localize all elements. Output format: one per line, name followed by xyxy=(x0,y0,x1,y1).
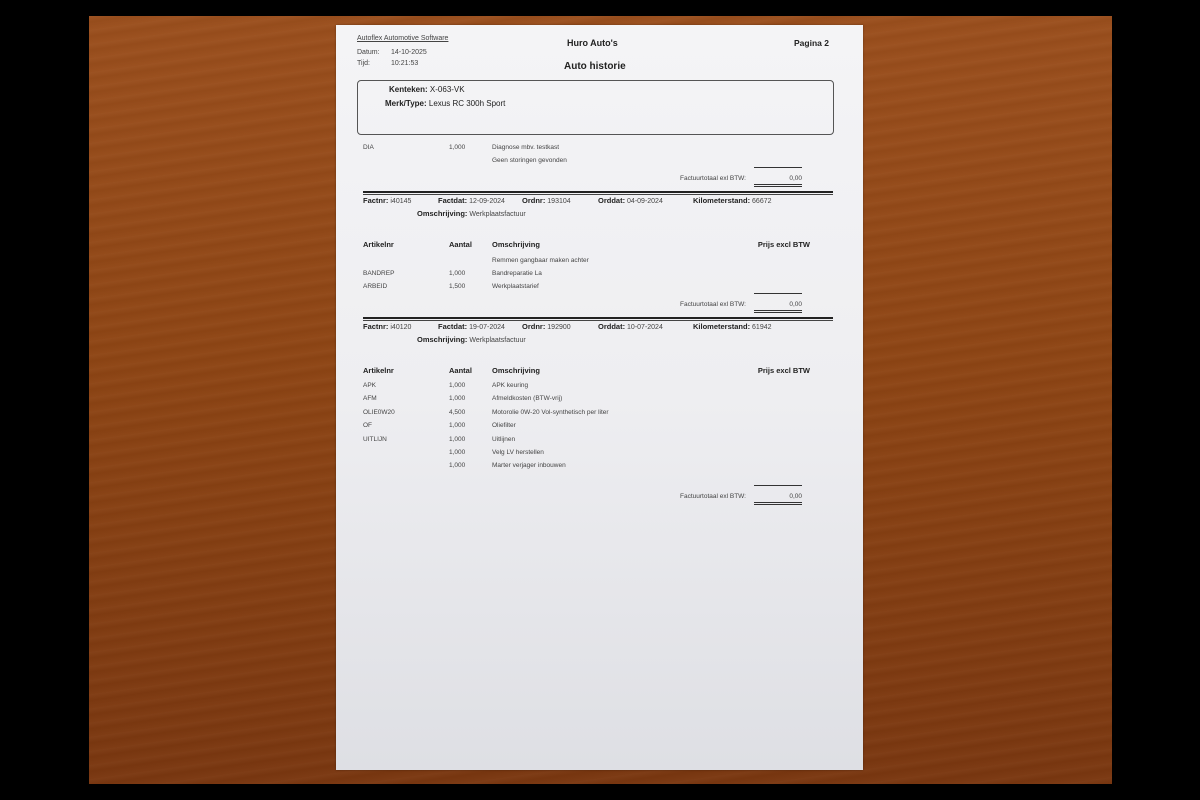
line-aantal: 1,500 xyxy=(449,283,465,290)
total-top-rule xyxy=(754,485,802,486)
invoice-factnr-label: Factnr: xyxy=(363,196,388,205)
invoice-ordnr: Ordnr: 192900 xyxy=(522,322,571,331)
invoice-ordnr-value: 192900 xyxy=(545,324,570,331)
invoice-factdat-label: Factdat: xyxy=(438,322,467,331)
software-name: Autoflex Automotive Software xyxy=(357,35,448,42)
invoice-total-label: Factuurtotaal exl BTW: xyxy=(680,301,746,308)
total-double-rule-1 xyxy=(754,502,802,503)
company-name: Huro Auto's xyxy=(567,38,618,48)
invoice-factnr: Factnr: i40145 xyxy=(363,196,411,205)
column-header-omschrijving: Omschrijving xyxy=(492,366,540,375)
time-value: 10:21:53 xyxy=(391,60,418,67)
total-double-rule-2 xyxy=(754,186,802,187)
invoice-orddat-value: 10-07-2024 xyxy=(625,324,663,331)
invoice-factdat-value: 19-07-2024 xyxy=(467,324,505,331)
invoice-orddat-value: 04-09-2024 xyxy=(625,198,663,205)
invoice-factdat: Factdat: 19-07-2024 xyxy=(438,322,505,331)
line-omschrijving: Afmeldkosten (BTW-vrij) xyxy=(492,395,562,402)
invoice-factnr-value: i40145 xyxy=(388,198,411,205)
invoice-omschrijving-label: Omschrijving: xyxy=(417,335,467,344)
total-double-rule-1 xyxy=(754,184,802,185)
line-omschrijving: Marter verjager inbouwen xyxy=(492,462,566,469)
total-double-rule-1 xyxy=(754,310,802,311)
total-top-rule xyxy=(754,293,802,294)
line-omschrijving: Remmen gangbaar maken achter xyxy=(492,257,589,264)
invoice-omschrijving-value: Werkplaatsfactuur xyxy=(467,211,525,218)
invoice-separator-thick xyxy=(363,317,833,319)
line-artikelnr: BANDREP xyxy=(363,270,394,277)
invoice-total-value: 0,00 xyxy=(754,301,802,308)
line-artikelnr: DIA xyxy=(363,144,374,151)
line-omschrijving: Bandreparatie La xyxy=(492,270,542,277)
line-omschrijving: Diagnose mbv. testkast xyxy=(492,144,559,151)
date-label: Datum: xyxy=(357,49,380,56)
line-omschrijving: APK keuring xyxy=(492,382,528,389)
invoice-ordnr-label: Ordnr: xyxy=(522,196,545,205)
invoice-ordnr-label: Ordnr: xyxy=(522,322,545,331)
plate-label: Kenteken: xyxy=(389,85,428,94)
column-header-artikelnr: Artikelnr xyxy=(363,366,394,375)
line-artikelnr: AFM xyxy=(363,395,377,402)
line-omschrijving: Uitlijnen xyxy=(492,436,515,443)
invoice-factdat-value: 12-09-2024 xyxy=(467,198,505,205)
invoice-ordnr-value: 193104 xyxy=(545,198,570,205)
invoice-kilometerstand-label: Kilometerstand: xyxy=(693,196,750,205)
report-title: Auto historie xyxy=(564,61,626,72)
invoice-kilometerstand-label: Kilometerstand: xyxy=(693,322,750,331)
invoice-total-value: 0,00 xyxy=(754,493,802,500)
model-value: Lexus RC 300h Sport xyxy=(429,99,506,108)
line-omschrijving: Oliefilter xyxy=(492,422,516,429)
column-header-prijs: Prijs excl BTW xyxy=(754,240,810,249)
line-aantal: 1,000 xyxy=(449,422,465,429)
invoice-omschrijving: Omschrijving: Werkplaatsfactuur xyxy=(417,335,526,344)
invoice-omschrijving-label: Omschrijving: xyxy=(417,209,467,218)
vehicle-info-box: Kenteken: X-063-VK Merk/Type: Lexus RC 3… xyxy=(357,80,834,135)
invoice-ordnr: Ordnr: 193104 xyxy=(522,196,571,205)
invoice-kilometerstand: Kilometerstand: 61942 xyxy=(693,322,772,331)
total-top-rule xyxy=(754,167,802,168)
line-omschrijving: Motorolie 0W-20 Vol-synthetisch per lite… xyxy=(492,409,609,416)
invoice-factnr: Factnr: i40120 xyxy=(363,322,411,331)
invoice-orddat: Orddat: 10-07-2024 xyxy=(598,322,663,331)
invoice-separator-thick xyxy=(363,191,833,193)
page-number: Pagina 2 xyxy=(794,38,829,48)
invoice-kilometerstand: Kilometerstand: 66672 xyxy=(693,196,772,205)
line-omschrijving: Werkplaatstarief xyxy=(492,283,539,290)
line-aantal: 4,500 xyxy=(449,409,465,416)
column-header-aantal: Aantal xyxy=(449,240,472,249)
total-double-rule-2 xyxy=(754,312,802,313)
invoice-total-value: 0,00 xyxy=(754,175,802,182)
line-artikelnr: OF xyxy=(363,422,372,429)
line-artikelnr: ARBEID xyxy=(363,283,387,290)
line-aantal: 1,000 xyxy=(449,436,465,443)
model-label: Merk/Type: xyxy=(385,99,427,108)
invoice-orddat-label: Orddat: xyxy=(598,322,625,331)
line-omschrijving: Velg LV herstellen xyxy=(492,449,544,456)
invoice-separator-thin xyxy=(363,320,833,321)
invoice-total-label: Factuurtotaal exl BTW: xyxy=(680,175,746,182)
total-double-rule-2 xyxy=(754,504,802,505)
plate-value: X-063-VK xyxy=(430,85,465,94)
invoice-orddat-label: Orddat: xyxy=(598,196,625,205)
line-artikelnr: UITLIJN xyxy=(363,436,387,443)
line-aantal: 1,000 xyxy=(449,382,465,389)
invoice-total-label: Factuurtotaal exl BTW: xyxy=(680,493,746,500)
line-omschrijving: Geen storingen gevonden xyxy=(492,157,567,164)
invoice-kilometerstand-value: 61942 xyxy=(750,324,771,331)
column-header-prijs: Prijs excl BTW xyxy=(754,366,810,375)
invoice-omschrijving: Omschrijving: Werkplaatsfactuur xyxy=(417,209,526,218)
invoice-factnr-label: Factnr: xyxy=(363,322,388,331)
line-aantal: 1,000 xyxy=(449,144,465,151)
column-header-aantal: Aantal xyxy=(449,366,472,375)
line-aantal: 1,000 xyxy=(449,462,465,469)
date-value: 14-10-2025 xyxy=(391,49,427,56)
invoice-separator-thin xyxy=(363,194,833,195)
line-artikelnr: OLIE0W20 xyxy=(363,409,395,416)
invoice-kilometerstand-value: 66672 xyxy=(750,198,771,205)
column-header-artikelnr: Artikelnr xyxy=(363,240,394,249)
invoice-orddat: Orddat: 04-09-2024 xyxy=(598,196,663,205)
printed-document: Autoflex Automotive Software Huro Auto's… xyxy=(336,25,863,770)
column-header-omschrijving: Omschrijving xyxy=(492,240,540,249)
line-aantal: 1,000 xyxy=(449,449,465,456)
invoice-factdat: Factdat: 12-09-2024 xyxy=(438,196,505,205)
line-aantal: 1,000 xyxy=(449,395,465,402)
invoice-factdat-label: Factdat: xyxy=(438,196,467,205)
invoice-omschrijving-value: Werkplaatsfactuur xyxy=(467,337,525,344)
line-artikelnr: APK xyxy=(363,382,376,389)
time-label: Tijd: xyxy=(357,60,370,67)
invoice-factnr-value: i40120 xyxy=(388,324,411,331)
line-aantal: 1,000 xyxy=(449,270,465,277)
